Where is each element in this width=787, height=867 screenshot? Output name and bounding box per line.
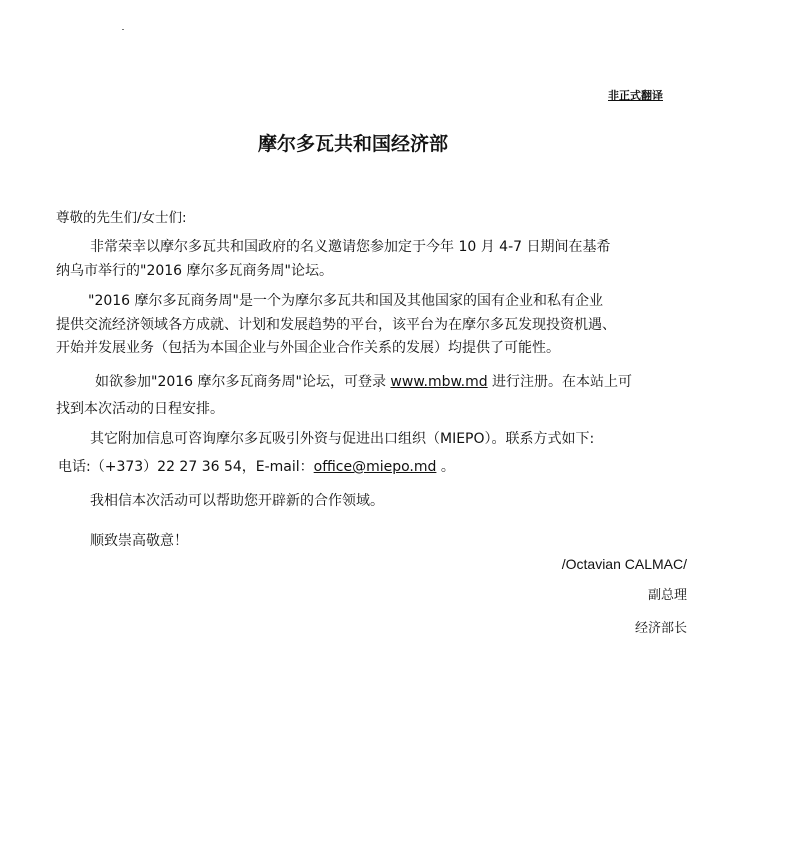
- paragraph-4-line-1: 其它附加信息可咨询摩尔多瓦吸引外资与促进出口组织（MIEPO）。联系方式如下:: [90, 430, 594, 448]
- paragraph-4-line-2: 电话:（+373）22 27 36 54，E-mail：office@miepo…: [58, 458, 455, 476]
- paragraph-1-line-2: 纳乌市举行的"2016 摩尔多瓦商务周"论坛。: [56, 262, 333, 280]
- paragraph-3-text-pre: 如欲参加"2016 摩尔多瓦商务周"论坛，可登录: [95, 374, 390, 390]
- paragraph-3-text-post: 进行注册。在本站上可: [488, 374, 632, 390]
- website-link[interactable]: www.mbw.md: [390, 374, 487, 390]
- signature-title-1: 副总理: [648, 587, 687, 605]
- salutation: 尊敬的先生们/女士们:: [56, 209, 187, 227]
- phone-text: 电话:（+373）22 27 36 54，E-mail：: [58, 459, 314, 475]
- paragraph-2-line-2: 提供交流经济领域各方成就、计划和发展趋势的平台，该平台为在摩尔多瓦发现投资机遇、: [56, 316, 616, 334]
- paragraph-3-line-2: 找到本次活动的日程安排。: [56, 400, 224, 418]
- paragraph-3-line-1: 如欲参加"2016 摩尔多瓦商务周"论坛，可登录 www.mbw.md 进行注册…: [95, 373, 632, 391]
- paragraph-2-line-1: "2016 摩尔多瓦商务周"是一个为摩尔多瓦共和国及其他国家的国有企业和私有企业: [88, 292, 603, 310]
- signature-title-2: 经济部长: [635, 620, 687, 638]
- paragraph-1-line-1: 非常荣幸以摩尔多瓦共和国政府的名义邀请您参加定于今年 10 月 4-7 日期间在…: [90, 238, 610, 256]
- signature-name: /Octavian CALMAC/: [562, 555, 687, 573]
- closing: 顺致崇高敬意！: [90, 532, 188, 550]
- page-title: 摩尔多瓦共和国经济部: [258, 132, 448, 156]
- email-link[interactable]: office@miepo.md: [314, 459, 437, 475]
- scan-speck: [122, 29, 124, 30]
- period: 。: [436, 459, 454, 475]
- paragraph-5: 我相信本次活动可以帮助您开辟新的合作领域。: [90, 492, 384, 510]
- paragraph-2-line-3: 开始并发展业务（包括为本国企业与外国企业合作关系的发展）均提供了可能性。: [56, 339, 560, 357]
- unofficial-translation-note: 非正式翻译: [608, 87, 663, 105]
